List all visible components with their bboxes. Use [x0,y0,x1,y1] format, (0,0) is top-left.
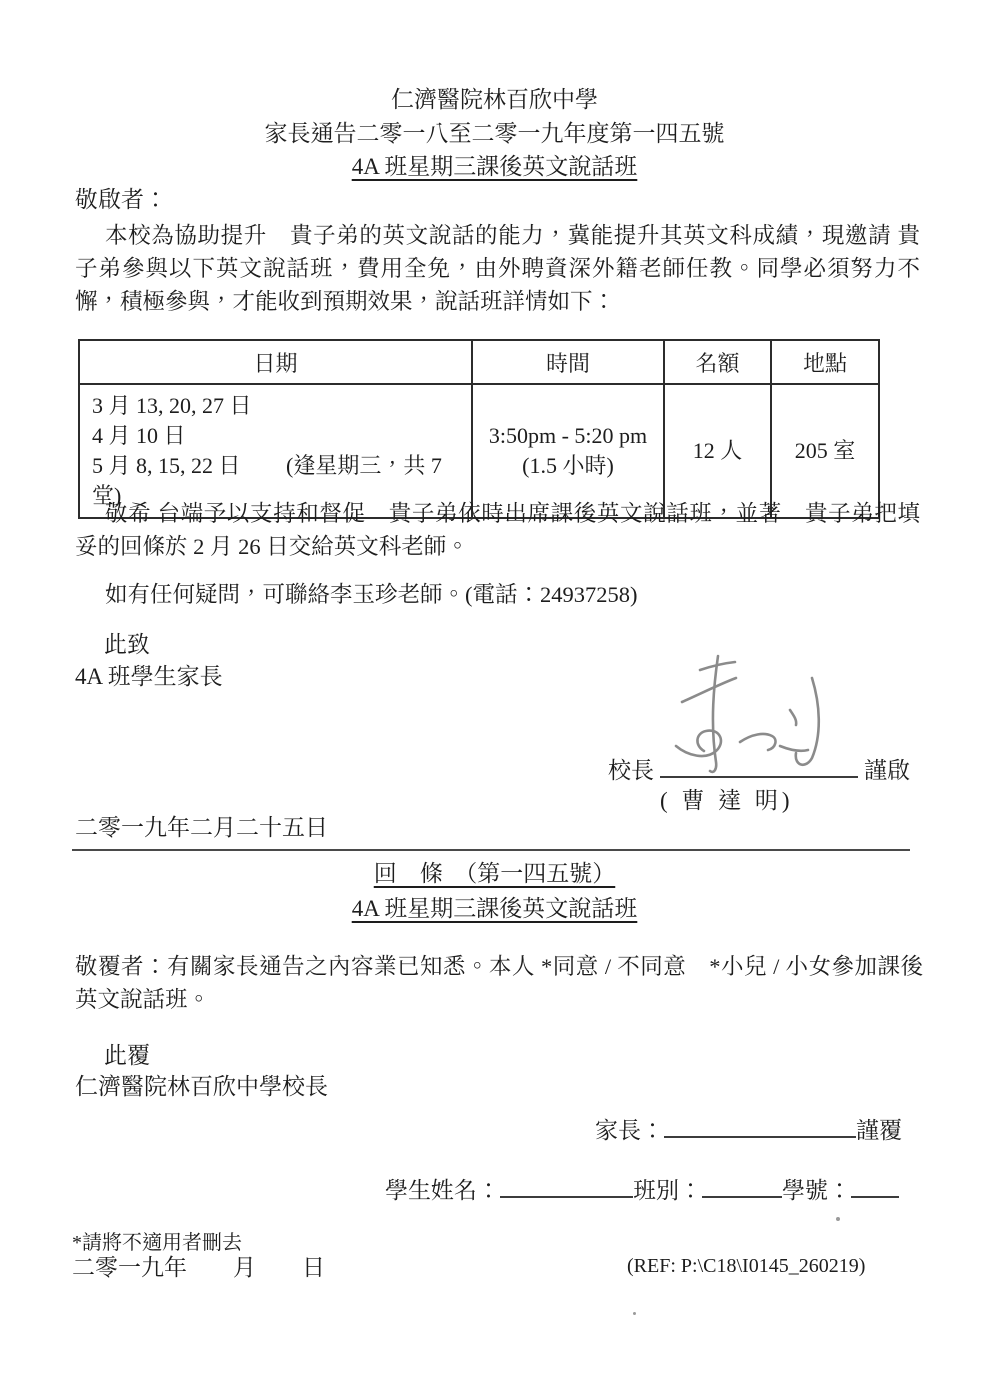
reply-subject: 4A 班星期三課後英文說話班 [0,893,989,924]
date-line-3-text: 5 月 8, 15, 22 日 [92,453,241,478]
time-line-1: 3:50pm - 5:20 pm [474,421,662,451]
contact-paragraph: 如有任何疑問，可聯絡李玉珍老師。(電話：24937258) [75,578,920,611]
parent-sign-line: 家長： 謹覆 [595,1112,902,1145]
header-venue: 地點 [771,340,879,384]
principal-label: 校長 [608,752,654,785]
reply-date-line: 二零一九年 月 日 [72,1252,325,1283]
reply-subject-text: 4A 班星期三課後英文說話班 [352,896,638,921]
reply-title: 回 條 （第一四五號） [0,858,989,889]
table-header-row: 日期 時間 名額 地點 [79,340,879,384]
salutation: 敬啟者： [75,184,167,215]
support-paragraph: 敬希 台端予以支持和督促 貴子弟依時出席課後英文說話班，並著 貴子弟把填妥的回條… [75,497,920,563]
scan-artifact-dot [836,1217,840,1221]
student-name-blank [500,1173,633,1198]
reply-title-text: 回 條 （第一四五號） [374,861,616,886]
student-no-label: 學號： [782,1172,851,1205]
notice-subject: 4A 班星期三課後英文說話班 [0,151,989,182]
reference-code: (REF: P:\C18\I0145_260219) [627,1255,865,1278]
date-line-2: 4 月 10 日 [92,421,463,451]
notice-subject-text: 4A 班星期三課後英文說話班 [352,154,638,179]
scan-artifact-dot [633,1312,636,1315]
principal-signature-blank [660,753,858,778]
school-name: 仁濟醫院林百欣中學 [0,84,989,115]
reply-addressee: 仁濟醫院林百欣中學校長 [75,1071,328,1102]
principal-name: ( 曹 達 明) [660,785,794,816]
parent-suffix: 謹覆 [856,1112,902,1145]
notice-number: 家長通告二零一八至二零一九年度第一四五號 [0,118,989,149]
principal-suffix: 謹啟 [864,752,910,785]
class-label: 班別： [633,1172,702,1205]
reply-body: 敬覆者：有關家長通告之內容業已知悉。本人 *同意 / 不同意 *小兒 / 小女參… [75,950,923,1016]
addressee: 4A 班學生家長 [75,661,223,692]
class-blank [702,1173,782,1198]
date-line-1: 3 月 13, 20, 27 日 [92,391,463,421]
parent-label: 家長： [595,1112,664,1145]
student-name-label: 學生姓名： [385,1172,500,1205]
student-no-blank [851,1173,899,1198]
class-details-table: 日期 時間 名額 地點 3 月 13, 20, 27 日 4 月 10 日 5 … [78,339,880,519]
scanned-notice-page: 仁濟醫院林百欣中學 家長通告二零一八至二零一九年度第一四五號 4A 班星期三課後… [0,0,989,1400]
principal-sign-line: 校長 謹啟 [608,752,910,785]
closing-phrase: 此致 [104,629,150,660]
header-time: 時間 [472,340,664,384]
reply-closing: 此覆 [104,1040,150,1071]
time-line-2: (1.5 小時) [474,451,662,481]
tear-off-divider [72,849,910,851]
student-info-line: 學生姓名： 班別： 學號： [385,1172,899,1205]
parent-signature-blank [664,1113,856,1138]
delete-note: *請將不適用者刪去 [72,1226,242,1255]
header-quota: 名額 [664,340,771,384]
intro-paragraph: 本校為協助提升 貴子弟的英文說話的能力，冀能提升其英文科成績，現邀請 貴子弟參與… [75,219,920,318]
notice-date: 二零一九年二月二十五日 [75,812,328,843]
header-date: 日期 [79,340,472,384]
